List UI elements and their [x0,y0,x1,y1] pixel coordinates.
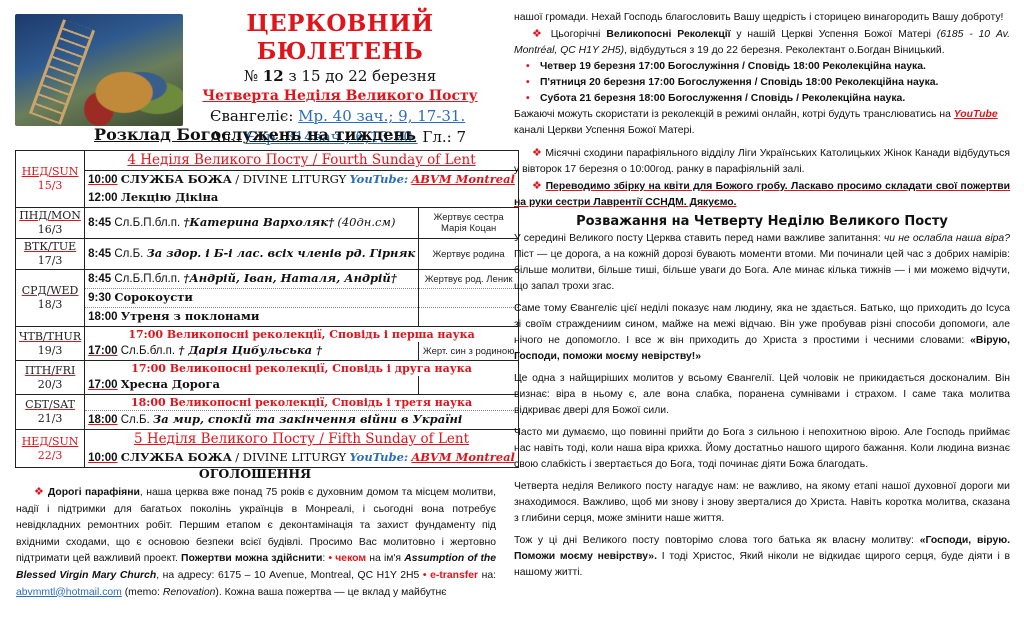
donor-cell [419,308,519,327]
headline-cell: 17:00 Великопосні реколекції, Сповідь і … [85,361,519,377]
table-row: СБТ/SAT21/3 18:00 Великопосні реколекції… [16,395,519,411]
gospel-line: Євангеліє: Мр. 40 зач.; 9, 17-31. [190,106,490,127]
donor-cell [419,376,519,395]
service-cell: 12:00 Лекцію Дікіна [85,189,519,208]
day-cell: НЕД/SUN22/3 [16,430,85,468]
schedule-title: Розклад Богослужень на тиждень [0,125,510,144]
ladder-icon [15,14,183,126]
reflection-paragraph: Часто ми думаємо, що повинні прийти до Б… [514,425,1010,473]
donor-cell: Жерт. син з родиною [419,342,519,361]
donor-cell: Жертвує род. Леник [419,270,519,289]
service-cell: 10:00 СЛУЖБА БОЖА / DIVINE LITURGY YouTu… [85,171,519,190]
service-cell: 17:00 Хресна Дорога [85,376,419,395]
bulletin-title: ЦЕРКОВНИЙ БЮЛЕТЕНЬ [190,10,490,66]
day-cell: ПНД/MON16/3 [16,208,85,239]
issue-dates: з 15 до 22 березня [288,67,436,85]
service-cell: 10:00 СЛУЖБА БОЖА / DIVINE LITURGY YouTu… [85,449,519,468]
table-row: 17:00 Хресна Дорога [16,376,519,395]
gospel-label: Євангеліє: [210,107,293,125]
table-row: ЧТВ/THUR19/3 17:00 Великопосні реколекці… [16,327,519,343]
table-row: 9:30 Сорокоусти [16,289,519,308]
table-row: 10:00 СЛУЖБА БОЖА / DIVINE LITURGY YouTu… [16,449,519,468]
online-note: Бажаючі можуть скористати із реколекцій … [514,107,1010,139]
service-cell: 8:45 Сл.Б.П.бл.п. †Андрій, Іван, Наталя,… [85,270,419,289]
schedule-table: НЕД/SUN15/3 4 Неділя Великого Посту / Fo… [15,150,519,468]
table-row: СРД/WED18/3 8:45 Сл.Б.П.бл.п. †Андрій, І… [16,270,519,289]
diamond-bullet-icon: ❖ [532,147,542,159]
day-cell: ЧТВ/THUR19/3 [16,327,85,361]
day-cell: ПТН/FRI20/3 [16,361,85,395]
day-cell: СБТ/SAT21/3 [16,395,85,430]
table-row: 17:00 Сл.Б.бл.п. † Дарія Цибульська † Же… [16,342,519,361]
donation-continued: нашої громади. Нехай Господь благословит… [514,10,1010,26]
announcement-donation: ❖ Дорогі парафіяни, наша церква вже пона… [16,484,496,601]
youtube-link[interactable]: ABVM Montreal [411,172,515,186]
table-row: НЕД/SUN15/3 4 Неділя Великого Посту / Fo… [16,151,519,171]
table-row: 18:00 Сл.Б. За мир, спокій та закінчення… [16,411,519,430]
right-column: нашої громади. Нехай Господь благословит… [514,10,1010,581]
announcement-league: ❖ Місячні сходини парафіяльного відділу … [514,145,1010,178]
donor-cell [419,289,519,308]
service-cell: 18:00 Сл.Б. За мир, спокій та закінчення… [85,411,519,430]
table-row: 18:00 Утреня з поклонами [16,308,519,327]
service-cell: 8:45 Сл.Б. За здор. і Б-і лас. всіх член… [85,239,419,270]
youtube-link[interactable]: YouTube [954,109,998,120]
headline-cell: 18:00 Великопосні реколекції, Сповідь і … [85,395,519,411]
table-row: НЕД/SUN22/3 5 Неділя Великого Посту / Fi… [16,430,519,450]
table-row: 10:00 СЛУЖБА БОЖА / DIVINE LITURGY YouTu… [16,171,519,190]
reflection-paragraph: Четверта неділя Великого посту нагадує н… [514,479,1010,527]
service-cell: 8:45 Сл.Б.П.бл.п. †Катерина Вархоляк† (4… [85,208,419,239]
reflection-title: Розважання на Четверту Неділю Великого П… [514,213,1010,231]
left-column: ЦЕРКОВНИЙ БЮЛЕТЕНЬ № 12 з 15 до 22 берез… [0,0,510,621]
table-row: 12:00 Лекцію Дікіна [16,189,519,208]
reflection-paragraph: Це одна з найщиріших молитов у всьому Єв… [514,371,1010,419]
headline-cell: 17:00 Великопосні реколекції, Сповідь і … [85,327,519,343]
announcements-title: ОГОЛОШЕННЯ [0,466,510,481]
day-cell: ВТК/TUE17/3 [16,239,85,270]
ladder-shape [29,19,95,125]
email-link[interactable]: abvmmtl@hotmail.com [16,587,122,598]
day-cell: НЕД/SUN15/3 [16,151,85,208]
issue-line: № 12 з 15 до 22 березня [190,66,490,86]
table-row: ВТК/TUE17/3 8:45 Сл.Б. За здор. і Б-і ла… [16,239,519,270]
table-row: ПНД/MON16/3 8:45 Сл.Б.П.бл.п. †Катерина … [16,208,519,239]
day-cell: СРД/WED18/3 [16,270,85,327]
diamond-bullet-icon: ❖ [34,486,44,498]
youtube-link[interactable]: ABVM Montreal [411,450,515,464]
issue-number: 12 [263,67,284,85]
service-cell: 18:00 Утреня з поклонами [85,308,419,327]
diamond-bullet-icon: ❖ [532,28,545,40]
retreat-schedule-list: Четвер 19 березня 17:00 Богослужіння / С… [514,59,1010,107]
table-row: ПТН/FRI20/3 17:00 Великопосні реколекції… [16,361,519,377]
service-cell: 9:30 Сорокоусти [85,289,419,308]
service-cell: 17:00 Сл.Б.бл.п. † Дарія Цибульська † [85,342,419,361]
list-item: П'ятниця 20 березня 17:00 Богослуження /… [540,75,1010,91]
sunday-name: Четверта Неділя Великого Посту [190,86,490,106]
announcement-flowers: ❖ Переводимо збірку на квіти для Божого … [514,178,1010,211]
diamond-bullet-icon: ❖ [532,180,542,192]
reflection-paragraph: Саме тому Євангеліє цієї неділі показує … [514,301,1010,365]
issue-prefix: № [244,67,258,85]
feast-cell: 5 Неділя Великого Посту / Fifth Sunday o… [85,430,519,450]
feast-cell: 4 Неділя Великого Посту / Fourth Sunday … [85,151,519,171]
list-item: Субота 21 березня 18:00 Богослуження / С… [540,91,1010,107]
reflection-paragraph: У середині Великого посту Церква ставить… [514,231,1010,295]
donor-cell: Жертвує родина [419,239,519,270]
reflection-paragraph: Тож у ці дні Великого посту повторімо сл… [514,533,1010,581]
gospel-link[interactable]: Мр. 40 зач.; 9, 17-31. [298,107,465,125]
list-item: Четвер 19 березня 17:00 Богослужіння / С… [540,59,1010,75]
announcement-retreat: ❖ Цьогорічні Великопосні Реколекції у на… [514,26,1010,59]
donor-cell: Жертвує сестра Марія Коцан [419,208,519,239]
